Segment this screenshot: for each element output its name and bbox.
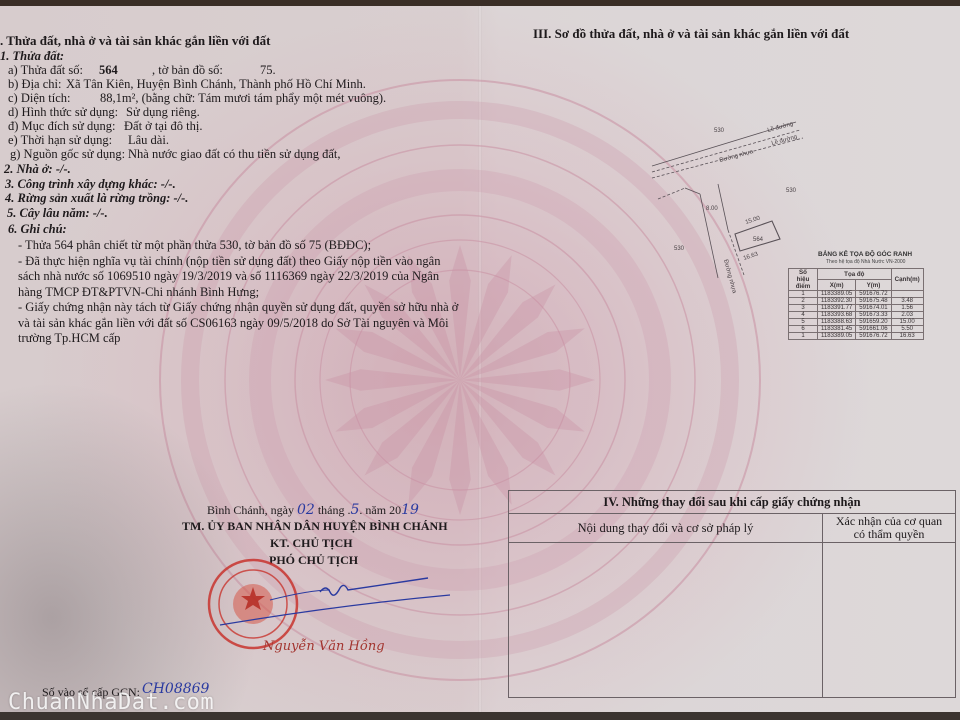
coord-row: 21183392.30591675.483.48: [789, 298, 924, 305]
map-sheet-number: 75.: [260, 63, 276, 77]
section-title: . Thửa đất, nhà ở và tài sản khác gắn li…: [0, 34, 270, 48]
origin-value: Nhà nước giao đất có thu tiền sử dụng đấ…: [128, 147, 340, 161]
year-handwritten: 19: [401, 502, 419, 518]
coord-table-title: BẢNG KÊ TỌA ĐỘ GÓC RANH: [818, 251, 912, 258]
notes-heading: 6. Ghi chú:: [8, 222, 67, 236]
svg-text:Đường nhựa: Đường nhựa: [722, 259, 737, 295]
svg-text:530: 530: [786, 188, 797, 194]
issuing-org: TM. ỦY BAN NHÂN DÂN HUYỆN BÌNH CHÁNH: [182, 519, 448, 533]
address-value: Xã Tân Kiên, Huyện Bình Chánh, Thành phố…: [66, 77, 366, 91]
coord-row: 51183388.63591659.2015.00: [789, 319, 924, 326]
note-item: - Thửa 564 phân chiết từ một phần thửa 5…: [18, 238, 463, 254]
parcel-number-label: a) Thửa đất số:: [8, 63, 83, 77]
forest-line: 4. Rừng sản xuất là rừng trồng: -/-.: [5, 191, 188, 205]
term-label: e) Thời hạn sử dụng:: [8, 133, 112, 147]
changes-content-cell: [509, 543, 823, 698]
month-handwritten: 5: [351, 502, 360, 518]
notes-list: - Thửa 564 phân chiết từ một phần thửa 5…: [18, 238, 463, 347]
note-item: - Đã thực hiện nghĩa vụ tài chính (nộp t…: [18, 254, 463, 301]
signer-name: Nguyễn Văn Hồng: [263, 640, 385, 654]
coord-row: 31183391.77591674.011.56: [789, 305, 924, 312]
changes-col-confirmation: Xác nhận của cơ quan có thẩm quyền: [823, 514, 955, 542]
svg-text:Lề đường: Lề đường: [771, 134, 798, 147]
map-label-parcel-564: 564: [753, 237, 764, 243]
other-construction-line: 3. Công trình xây dựng khác: -/-.: [5, 177, 176, 191]
origin-label: g) Nguồn gốc sử dụng:: [10, 147, 125, 161]
perennial-line: 5. Cây lâu năm: -/-.: [7, 206, 108, 220]
table-surface: [0, 712, 960, 720]
parcel-number: 564: [99, 63, 118, 77]
address-label: b) Địa chỉ:: [8, 77, 61, 91]
changes-title: IV. Những thay đổi sau khi cấp giấy chứn…: [509, 491, 955, 514]
svg-text:Lề đường: Lề đường: [767, 121, 794, 134]
purpose-label: đ) Mục đích sử dụng:: [8, 119, 115, 133]
svg-text:16.63: 16.63: [743, 251, 760, 262]
coord-table-subtitle: Theo hệ tọa độ Nhà Nước VN-2000: [826, 259, 905, 265]
coordinate-table: Số hiệu điểm Tọa độ Cạnh(m) X(m) Y(m) 11…: [788, 268, 924, 340]
term-value: Lâu dài.: [128, 133, 169, 147]
svg-text:15.00: 15.00: [745, 215, 762, 226]
changes-table: IV. Những thay đổi sau khi cấp giấy chứn…: [508, 490, 956, 698]
area-value: 88,1m², (bằng chữ: Tám mươi tám phẩy một…: [100, 91, 386, 105]
coord-row: 11183389.05591676.7216.63: [789, 333, 924, 340]
svg-text:530: 530: [674, 246, 685, 252]
use-form-label: d) Hình thức sử dụng:: [8, 105, 118, 119]
coord-row: 11183389.05591676.72: [789, 291, 924, 298]
role-chairman: KT. CHỦ TỊCH: [270, 536, 353, 550]
purpose-value: Đất ở tại đô thị.: [124, 119, 202, 133]
coord-row: 61183381.45591661.065.50: [789, 326, 924, 333]
place-date: Bình Chánh, ngày 02 tháng .5. năm 2019: [207, 503, 419, 517]
diagram-section-title: III. Sơ đồ thửa đất, nhà ở và tài sản kh…: [533, 27, 849, 41]
day-handwritten: 02: [297, 502, 315, 518]
use-form-value: Sử dụng riêng.: [126, 105, 200, 119]
house-line: 2. Nhà ở: -/-.: [4, 162, 71, 176]
handwritten-signature: [210, 570, 460, 630]
svg-text:8.00: 8.00: [706, 206, 718, 212]
note-item: - Giấy chứng nhận này tách từ Giấy chứng…: [18, 300, 463, 347]
changes-col-content: Nội dung thay đổi và cơ sở pháp lý: [509, 514, 823, 542]
photo-shadow: [0, 380, 260, 720]
map-label-530: 530: [714, 128, 725, 134]
coord-row: 41183393.68591673.332.03: [789, 312, 924, 319]
area-label: c) Diện tích:: [8, 91, 70, 105]
parcel-heading: 1. Thửa đất:: [0, 49, 64, 63]
map-sheet-label: , tờ bản đồ số:: [152, 63, 223, 77]
